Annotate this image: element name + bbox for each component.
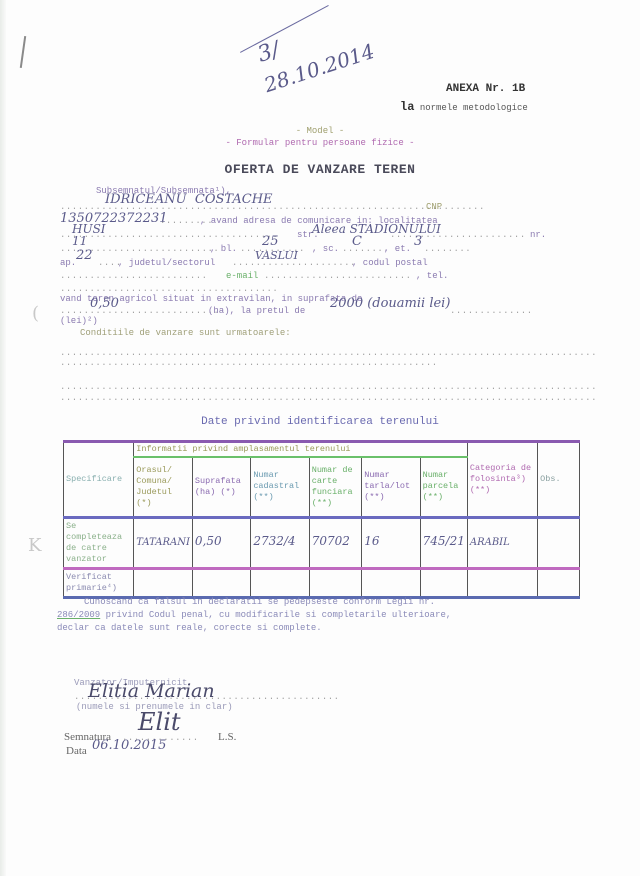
bl-label: , bl. (210, 244, 237, 254)
annex-title: ANEXA Nr. 1B (446, 83, 525, 95)
table-row: Se completeaza de catre vanzator TATARAN… (64, 517, 580, 568)
price-value: 2000 (douamii lei) (330, 296, 450, 311)
seller-name: Elitia Marian (88, 680, 215, 702)
nr-label: nr. (530, 230, 546, 240)
margin-mark: K (28, 535, 41, 556)
annex-subtitle: la normele metodologice (400, 100, 528, 114)
table-cell[interactable]: 70702 (309, 517, 361, 568)
legal-line-3: declar ca datele sunt reale, corecte si … (57, 622, 322, 635)
dotted-line: ........................... (60, 306, 219, 316)
legal-line-2: 286/2009 privind Codul penal, cu modific… (57, 609, 451, 622)
sc-value: C (352, 234, 362, 249)
ls-label: L.S. (218, 731, 236, 743)
cell-value: TATARANI (136, 537, 190, 548)
price-unit: (lei)²) (60, 316, 98, 326)
dotted-line: ........ (424, 244, 471, 254)
cell-value: ARABIL (470, 537, 510, 548)
group-header: Informatii privind amplasamentul terenul… (134, 442, 468, 458)
table-cell[interactable]: 0,50 (192, 517, 250, 568)
cell-value: 2732/4 (253, 534, 295, 548)
email-label: e-mail (226, 271, 258, 281)
annex-la: la (400, 100, 414, 114)
column-header: Categoria de folosinta³) (**) (467, 442, 537, 518)
cell-value: 0,50 (195, 534, 222, 548)
conditions-line[interactable]: ........................................… (60, 358, 438, 368)
registration-line (240, 5, 329, 53)
column-header: Numar de carte funciara (**) (309, 457, 361, 517)
et-label: , et. (384, 244, 411, 254)
ap-label: ap. (60, 258, 76, 268)
ap-value: 22 (76, 248, 93, 263)
scanned-page: ( K 3/ 28.10.2014 ANEXA Nr. 1B la normel… (0, 0, 640, 876)
conditions-line[interactable]: ........................................… (60, 348, 597, 358)
column-header: Specificare (64, 442, 134, 518)
annex-subtitle-text: normele metodologice (420, 103, 528, 113)
cell-value: 16 (364, 534, 379, 548)
table-row: Verificat primarie⁴) (64, 568, 580, 597)
judet-value: VASLUI (255, 249, 298, 262)
table-cell[interactable] (134, 568, 193, 597)
table-cell[interactable]: ARABIL (467, 517, 537, 568)
legal-line-2-text: privind Codul penal, cu modificarile si … (106, 610, 452, 620)
area-value: 0,50 (90, 296, 119, 311)
page-title: OFERTA DE VANZARE TEREN (0, 162, 640, 177)
pen-mark (20, 36, 26, 68)
date-label: Data (66, 745, 87, 757)
cell-value: 745/21 (423, 534, 465, 548)
dotted-line: ....................... (390, 230, 526, 240)
row-label: Se completeaza de catre vanzator (64, 517, 134, 568)
table-cell[interactable]: TATARANI (134, 517, 193, 568)
table-cell[interactable] (309, 568, 361, 597)
table-cell[interactable] (192, 568, 250, 597)
nr-value: 11 (72, 234, 87, 248)
table-cell[interactable] (251, 568, 309, 597)
model-label: - Model - (0, 126, 640, 136)
column-header: Numar cadastral (**) (251, 457, 309, 517)
table-cell[interactable]: 16 (362, 517, 420, 568)
cnp-label: CNP (426, 202, 442, 212)
sc-label: , sc. (312, 244, 339, 254)
law-reference: 286/2009 (57, 610, 100, 620)
column-header: Numar tarla/lot (**) (362, 457, 420, 517)
table-cell[interactable]: 745/21 (420, 517, 467, 568)
dotted-line: ..................................... (60, 284, 278, 294)
conditions-line[interactable]: ........................................… (60, 393, 597, 403)
registration-number: 3/ (255, 37, 283, 67)
area-unit-text: (ha), la pretul de (208, 306, 305, 316)
section-title: Date privind identificarea terenului (0, 416, 640, 428)
legal-line-1: Cunoscand ca falsul in declaratii se ped… (84, 596, 435, 609)
form-subtitle: - Formular pentru persoane fizice - (0, 138, 640, 148)
table-cell[interactable] (538, 517, 580, 568)
conditions-label: Conditiile de vanzare sunt urmatoarele: (80, 328, 291, 338)
et-value: 3 (414, 234, 422, 249)
table-cell[interactable] (362, 568, 420, 597)
signature-value[interactable]: Elit (138, 708, 181, 736)
dotted-line: ......................... (264, 271, 412, 281)
date-value: 06.10.2015 (92, 738, 166, 753)
dotted-line: ......................... (60, 271, 208, 281)
terrain-identification-table: Specificare Informatii privind amplasame… (63, 440, 580, 599)
margin-mark: ( (32, 303, 39, 324)
column-header: Obs. (538, 442, 580, 518)
dotted-line: ........ (342, 244, 389, 254)
postal-label: , codul postal (352, 258, 428, 268)
column-header: Orasul/ Comuna/ Judetul (*) (134, 457, 193, 517)
column-header: Numar parcela (**) (420, 457, 467, 517)
tel-label: , tel. (416, 271, 448, 281)
column-header: Suprafata (ha) (*) (192, 457, 250, 517)
dotted-line: .............. (450, 306, 533, 316)
row-label: Verificat primarie⁴) (64, 568, 134, 597)
judet-label: , judetul/sectorul (118, 258, 215, 268)
declarant-name: IDRICEANU COSTACHE (105, 192, 273, 207)
cell-value: 70702 (312, 534, 350, 548)
bl-value: 25 (262, 234, 279, 249)
table-cell[interactable] (467, 568, 537, 597)
table-cell[interactable]: 2732/4 (251, 517, 309, 568)
table-cell[interactable] (538, 568, 580, 597)
table-cell[interactable] (420, 568, 467, 597)
conditions-line[interactable]: ........................................… (60, 382, 597, 392)
